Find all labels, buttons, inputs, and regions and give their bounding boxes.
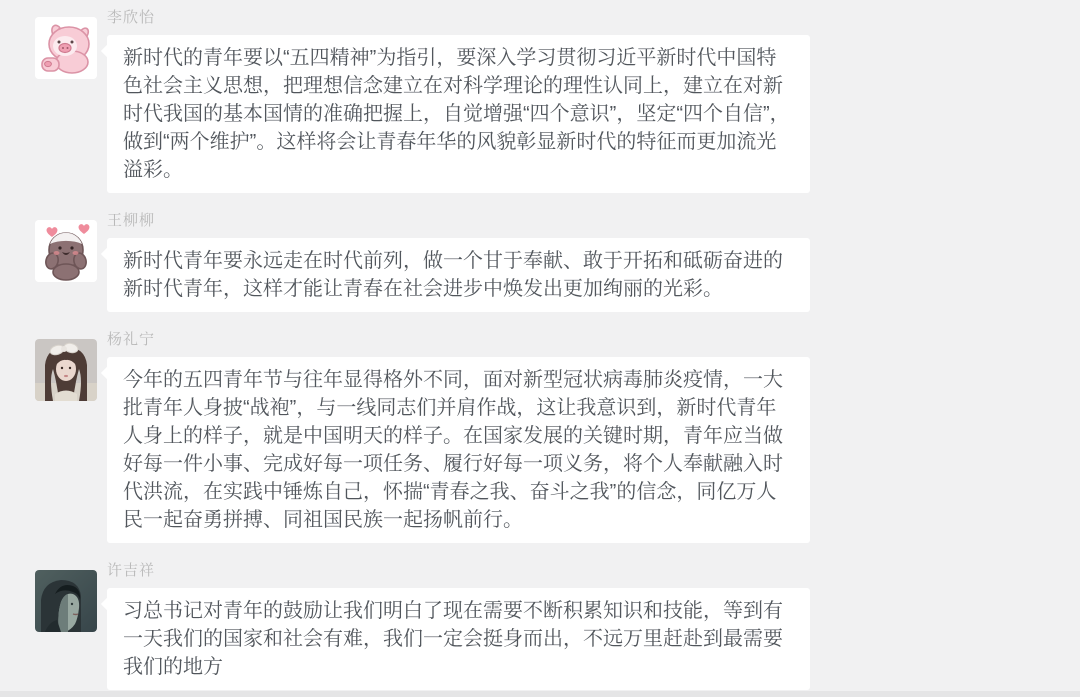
girl-with-white-bow-photo-avatar-icon[interactable]	[35, 339, 97, 401]
chat-message: 许吉祥 习总书记对青年的鼓励让我们明白了现在需要不断积累知识和技能，等到有一天我…	[35, 561, 1080, 690]
message-text: 新时代青年要永远走在时代前列，做一个甘于奉献、敢于开拓和砥砺奋进的新时代青年，这…	[123, 250, 783, 300]
user-name: 许吉祥	[107, 561, 1080, 581]
message-text: 习总书记对青年的鼓励让我们明白了现在需要不断积累知识和技能，等到有一天我们的国家…	[123, 600, 783, 678]
message-bubble: 习总书记对青年的鼓励让我们明白了现在需要不断积累知识和技能，等到有一天我们的国家…	[107, 588, 810, 690]
message-text: 今年的五四青年节与往年显得格外不同，面对新型冠状病毒肺炎疫情，一大批青年人身披“…	[123, 369, 783, 531]
bubble-caret	[101, 366, 115, 380]
user-name: 李欣怡	[107, 8, 1080, 28]
comment-list: 李欣怡 新时代的青年要以“五四精神”为指引，要深入学习贯彻习近平新时代中国特色社…	[0, 0, 1080, 690]
chat-message: 杨礼宁 今年的五四青年节与往年显得格外不同，面对新型冠状病毒肺炎疫情，一大批青年…	[35, 330, 1080, 543]
chat-message: 李欣怡 新时代的青年要以“五四精神”为指引，要深入学习贯彻习近平新时代中国特色社…	[35, 8, 1080, 193]
pink-pig-cartoon-avatar-icon[interactable]	[35, 17, 97, 79]
bubble-caret	[101, 247, 115, 261]
message-bubble: 新时代青年要永远走在时代前列，做一个甘于奉献、敢于开拓和砥砺奋进的新时代青年，这…	[107, 238, 810, 312]
chat-message: 王柳柳 新时代青年要永远走在时代前列，做一个甘于奉献、敢于开拓和砥砺奋进的新时代…	[35, 211, 1080, 312]
message-bubble: 今年的五四青年节与往年显得格外不同，面对新型冠状病毒肺炎疫情，一大批青年人身披“…	[107, 357, 810, 543]
message-text: 新时代的青年要以“五四精神”为指引，要深入学习贯彻习近平新时代中国特色社会主义思…	[123, 47, 790, 181]
message-bubble: 新时代的青年要以“五四精神”为指引，要深入学习贯彻习近平新时代中国特色社会主义思…	[107, 35, 810, 193]
young-man-profile-photo-avatar-icon[interactable]	[35, 570, 97, 632]
plush-creature-hearts-cartoon-avatar-icon[interactable]	[35, 220, 97, 282]
user-name: 王柳柳	[107, 211, 1080, 231]
user-name: 杨礼宁	[107, 330, 1080, 350]
bottom-edge-strip	[0, 691, 1080, 697]
bubble-caret	[101, 44, 115, 58]
bubble-caret	[101, 597, 115, 611]
